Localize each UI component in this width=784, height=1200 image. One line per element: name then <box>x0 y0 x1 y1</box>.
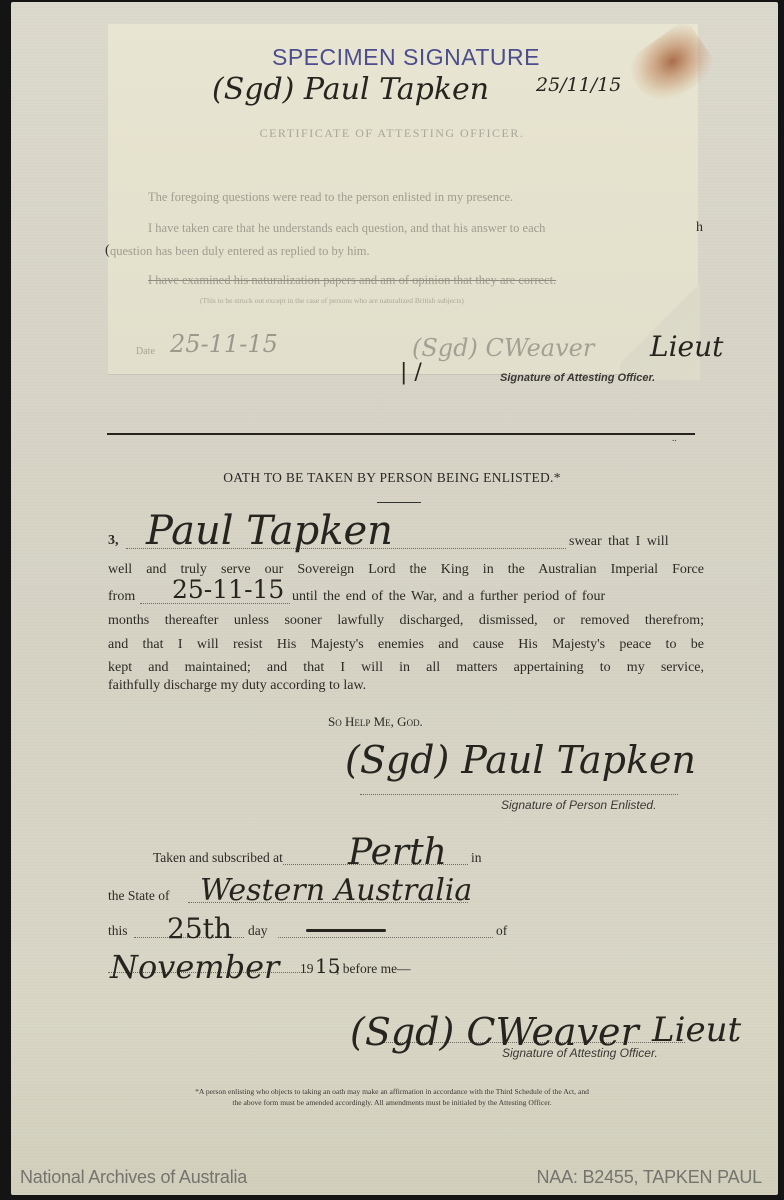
taken-label: Taken and subscribed at <box>153 850 283 866</box>
footnote-line: *A person enlisting who objects to takin… <box>100 1086 684 1097</box>
section-divider <box>107 433 695 435</box>
certificate-officer-signature: (Sgd) CWeaver <box>412 334 594 362</box>
slip-folded-corner <box>620 270 700 380</box>
day-label: day <box>248 923 268 939</box>
enlistee-name: Paul Tapken <box>146 508 393 554</box>
oath-closing: So Help Me, God. <box>328 714 423 730</box>
from-date: 25-11-15 <box>172 575 284 604</box>
oath-line: months thereafter unless sooner lawfully… <box>108 613 704 629</box>
certificate-officer-rank: Lieut <box>650 330 723 363</box>
state-label: the State of <box>108 888 169 904</box>
edge-glyph: h <box>696 220 703 236</box>
specimen-signature-stamp: SPECIMEN SIGNATURE <box>272 44 540 71</box>
year-prefix: 19 <box>300 961 314 977</box>
day-blank-line <box>278 937 493 938</box>
certificate-date: 25-11-15 <box>170 330 278 358</box>
oath-title: OATH TO BE TAKEN BY PERSON BEING ENLISTE… <box>0 470 784 486</box>
certificate-line-struck: I have examined his naturalization paper… <box>148 273 556 288</box>
place-value: Perth <box>348 832 447 873</box>
month-value: November <box>110 948 279 986</box>
enlistee-signature-caption: Signature of Person Enlisted. <box>501 798 656 812</box>
oath-line: faithfully discharge my duty according t… <box>108 678 704 694</box>
oath-until-text: until the end of the War, and a further … <box>292 589 605 605</box>
from-label: from <box>108 589 135 605</box>
archive-watermark-right: NAA: B2455, TAPKEN PAUL <box>536 1167 762 1188</box>
footnote-line: the above form must be amended according… <box>100 1097 684 1108</box>
certificate-line: I have taken care that he understands ea… <box>148 221 545 236</box>
specimen-signature: (Sgd) Paul Tapken <box>212 72 489 107</box>
oath-swear-text: swear that I will <box>569 534 669 550</box>
of-label: of <box>496 923 507 939</box>
edge-glyph: ( <box>105 243 110 259</box>
specimen-date: 25/11/15 <box>536 74 621 96</box>
before-me-text: , before me— <box>336 961 411 977</box>
enlistee-signature-line <box>360 794 678 795</box>
certificate-note: (This to be struck out except in the cas… <box>200 296 464 305</box>
this-label: this <box>108 923 128 939</box>
state-value: Western Australia <box>200 873 472 908</box>
certificate-line: question has been duly entered as replie… <box>110 244 370 259</box>
scan-frame: SPECIMEN SIGNATURE (Sgd) Paul Tapken 25/… <box>0 0 784 1200</box>
oath-title-rule <box>377 502 421 503</box>
enlistee-signature: (Sgd) Paul Tapken <box>345 738 696 782</box>
oath-line: kept and maintained; and that I will in … <box>108 660 704 676</box>
archive-watermark-left: National Archives of Australia <box>20 1167 247 1188</box>
oath-line: and that I will resist His Majesty's ene… <box>108 637 704 653</box>
certificate-title: CERTIFICATE OF ATTESTING OFFICER. <box>0 126 784 141</box>
footnote: *A person enlisting who objects to takin… <box>100 1086 684 1108</box>
divider-dots: .. <box>672 433 677 443</box>
officer-rank: Lieut <box>652 1010 741 1050</box>
oath-number: 3, <box>108 533 119 549</box>
certificate-date-label: Date <box>136 346 155 357</box>
officer-signature-caption: Signature of Attesting Officer. <box>502 1046 658 1060</box>
in-label: in <box>471 850 482 866</box>
day-value: 25th <box>167 912 232 945</box>
certificate-pen-marks: | / <box>400 360 422 385</box>
certificate-signature-caption: Signature of Attesting Officer. <box>500 372 655 384</box>
certificate-line: The foregoing questions were read to the… <box>148 190 513 205</box>
blank-dash <box>306 929 386 932</box>
